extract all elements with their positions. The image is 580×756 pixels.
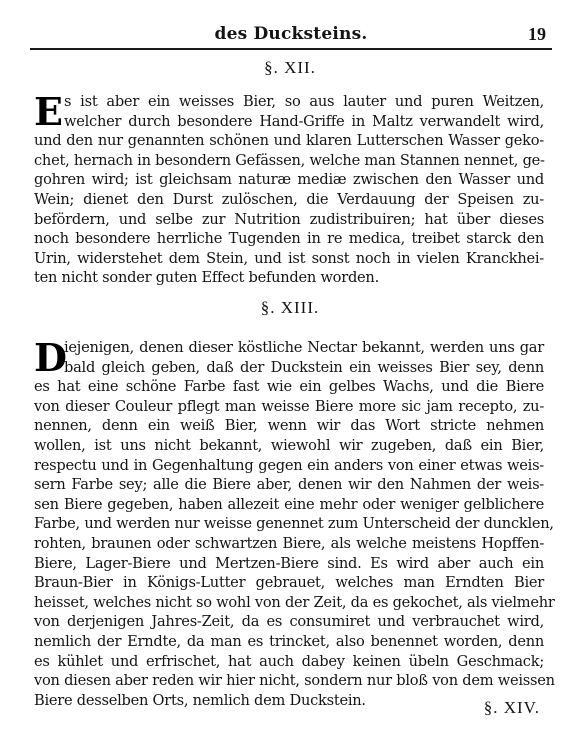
text-line: von diesen aber reden wir hier nicht, so…	[34, 671, 544, 691]
text-line: wollen, ist uns nicht bekannt, wiewohl w…	[34, 436, 544, 456]
text-line: noch besondere herrliche Tugenden in re …	[34, 229, 544, 249]
running-head-title: des Ducksteins.	[30, 24, 552, 44]
text-line: ten nicht sonder guten Effect befunden w…	[34, 268, 544, 288]
text-line: Braun-Bier in Königs-Lutter gebrauet, we…	[34, 573, 544, 593]
text-line: es kühlet und erfrischet, hat auch dabey…	[34, 652, 544, 672]
text-line: gohren wird; ist gleichsam naturæ mediæ …	[34, 170, 544, 190]
text-line: welcher durch besondere Hand-Griffe in M…	[34, 112, 544, 132]
paragraph-xiii: D iejenigen, denen dieser köstliche Nect…	[34, 338, 544, 710]
text-line: und den nur genannten schönen und klaren…	[34, 131, 544, 151]
catchword: §. XIV.	[0, 698, 540, 718]
text-line: nemlich der Erndte, da man es trincket, …	[34, 632, 544, 652]
text-line: chet, hernach in besondern Gefässen, wel…	[34, 151, 544, 171]
text-line: befördern, und selbe zur Nutrition zudis…	[34, 210, 544, 230]
text-line: bald gleich geben, daß der Duckstein ein…	[34, 358, 544, 378]
text-line: s ist aber ein weisses Bier, so aus laut…	[34, 92, 544, 112]
text-line: von derjenigen Jahres-Zeit, da es consum…	[34, 612, 544, 632]
running-head: des Ducksteins. 19	[30, 22, 552, 50]
text-line: sen Biere gegeben, haben allezeit eine m…	[34, 495, 544, 515]
text-line: sern Farbe sey; alle die Biere aber, den…	[34, 475, 544, 495]
text-line: Urin, widerstehet dem Stein, und ist son…	[34, 249, 544, 269]
section-heading-xii: §. XII.	[0, 58, 580, 78]
text-line: Biere, Lager-Biere und Mertzen-Biere sin…	[34, 554, 544, 574]
text-line: von dieser Couleur pflegt man weisse Bie…	[34, 397, 544, 417]
text-line: rohten, braunen oder schwartzen Biere, a…	[34, 534, 544, 554]
section-heading-xiii: §. XIII.	[0, 298, 580, 318]
text-line: iejenigen, denen dieser köstliche Nectar…	[34, 338, 544, 358]
drop-cap-d: D	[34, 339, 62, 377]
text-line: es hat eine schöne Farbe fast wie ein ge…	[34, 377, 544, 397]
text-line: Farbe, und werden nur weisse genennet zu…	[34, 514, 544, 534]
book-page: des Ducksteins. 19 §. XII. E s ist aber …	[0, 0, 580, 756]
text-line: Wein; dienet den Durst zulöschen, die Ve…	[34, 190, 544, 210]
drop-cap-e: E	[34, 93, 62, 131]
text-line: nennen, denn ein weiß Bier, wenn wir das…	[34, 416, 544, 436]
page-number: 19	[528, 24, 546, 45]
text-line: heisset, welches nicht so wohl von der Z…	[34, 593, 544, 613]
paragraph-xii: E s ist aber ein weisses Bier, so aus la…	[34, 92, 544, 288]
text-line: respectu und in Gegenhaltung gegen ein a…	[34, 456, 544, 476]
